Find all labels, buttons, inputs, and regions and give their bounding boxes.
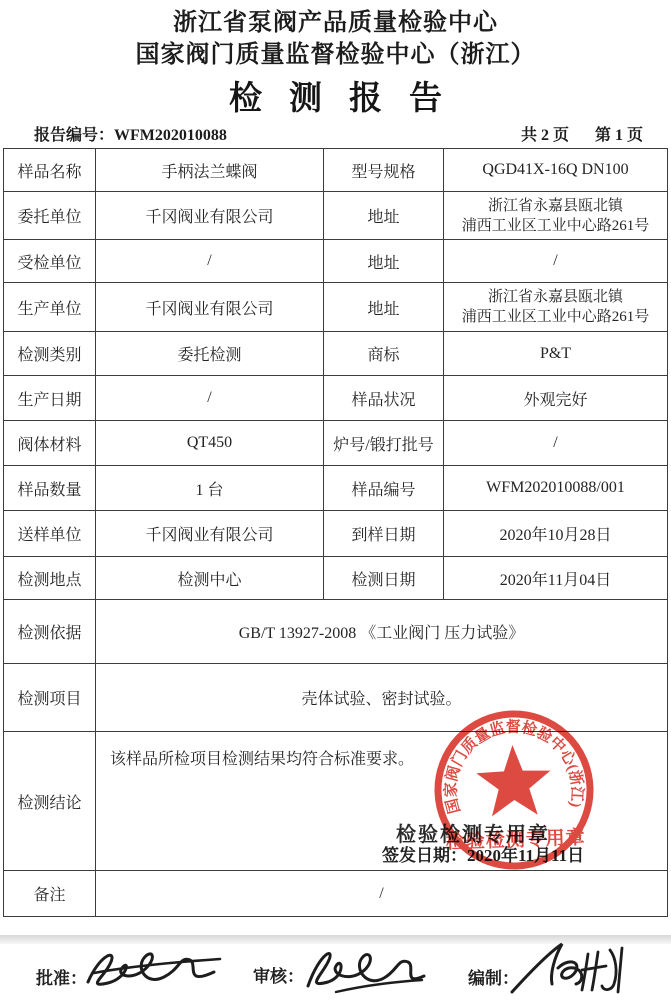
client-address-label: 地址: [324, 192, 444, 240]
sample-condition-label: 样品状况: [324, 376, 444, 421]
sample-number-value: WFM202010088/001: [444, 466, 668, 511]
report-number: 报告编号：WFM202010088: [34, 122, 227, 145]
table-row: 备注 /: [4, 871, 668, 917]
table-row: 受检单位 / 地址 /: [4, 240, 668, 283]
report-page: 浙江省泵阀产品质量检验中心 国家阀门质量监督检验中心（浙江） 检测报告 报告编号…: [0, 0, 671, 1000]
manufacturer-value: 千冈阀业有限公司: [96, 283, 324, 332]
conclusion-text: 该样品所检项目检测结果均符合标准要求。: [110, 746, 414, 769]
client-address-line1: 浙江省永嘉县瓯北镇: [448, 196, 663, 216]
manufacturer-address-line1: 浙江省永嘉县瓯北镇: [448, 287, 663, 307]
model-spec-value: QGD41X-16Q DN100: [444, 149, 668, 192]
sample-condition-value: 外观完好: [444, 376, 668, 421]
report-table: 样品名称 手柄法兰蝶阀 型号规格 QGD41X-16Q DN100 委托单位 千…: [3, 148, 668, 917]
inspected-address-value: /: [444, 240, 668, 283]
conclusion-cell: 该样品所检项目检测结果均符合标准要求。 检验检测专用章 签发日期：2020年11…: [96, 732, 668, 871]
client-address-value: 浙江省永嘉县瓯北镇 浦西工业区工业中心路261号: [444, 192, 668, 240]
arrival-date-value: 2020年10月28日: [444, 511, 668, 557]
trademark-label: 商标: [324, 332, 444, 376]
furnace-batch-value: /: [444, 421, 668, 466]
test-date-label: 检测日期: [324, 557, 444, 600]
table-row: 检测依据 GB/T 13927-2008 《工业阀门 压力试验》: [4, 600, 668, 664]
table-row: 样品数量 1 台 样品编号 WFM202010088/001: [4, 466, 668, 511]
report-number-value: WFM202010088: [114, 127, 227, 144]
sample-quantity-value: 1 台: [96, 466, 324, 511]
remark-label: 备注: [4, 871, 96, 917]
sample-quantity-label: 样品数量: [4, 466, 96, 511]
manufacturer-address-line2: 浦西工业区工业中心路261号: [448, 307, 663, 327]
table-row: 检测类别 委托检测 商标 P&T: [4, 332, 668, 376]
table-row: 送样单位 千冈阀业有限公司 到样日期 2020年10月28日: [4, 511, 668, 557]
pages-total: 共 2 页: [521, 127, 569, 144]
seal-star-icon: [475, 744, 552, 817]
trademark-value: P&T: [444, 332, 668, 376]
furnace-batch-label: 炉号/锻打批号: [324, 421, 444, 466]
model-spec-label: 型号规格: [324, 149, 444, 192]
page-indicator: 共 2 页 第 1 页: [499, 122, 643, 145]
test-basis-label: 检测依据: [4, 600, 96, 664]
center-title-line1: 浙江省泵阀产品质量检验中心: [0, 0, 671, 39]
client-unit-label: 委托单位: [4, 192, 96, 240]
delivery-unit-value: 千冈阀业有限公司: [96, 511, 324, 557]
conclusion-label: 检测结论: [4, 732, 96, 871]
page-current: 第 1 页: [595, 127, 643, 144]
approver-signature: [80, 942, 230, 1000]
production-date-value: /: [96, 376, 324, 421]
test-location-label: 检测地点: [4, 557, 96, 600]
test-category-label: 检测类别: [4, 332, 96, 376]
test-items-label: 检测项目: [4, 664, 96, 732]
body-material-value: QT450: [96, 421, 324, 466]
table-row: 检测地点 检测中心 检测日期 2020年11月04日: [4, 557, 668, 600]
sample-name-label: 样品名称: [4, 149, 96, 192]
manufacturer-address-value: 浙江省永嘉县瓯北镇 浦西工业区工业中心路261号: [444, 283, 668, 332]
report-number-label: 报告编号：: [34, 127, 114, 144]
sample-number-label: 样品编号: [324, 466, 444, 511]
client-address-line2: 浦西工业区工业中心路261号: [448, 216, 663, 236]
report-meta-line: 报告编号：WFM202010088 共 2 页 第 1 页: [0, 119, 671, 148]
test-location-value: 检测中心: [96, 557, 324, 600]
preparer-signature: [506, 940, 646, 1000]
delivery-unit-label: 送样单位: [4, 511, 96, 557]
table-row: 生产日期 / 样品状况 外观完好: [4, 376, 668, 421]
table-row: 样品名称 手柄法兰蝶阀 型号规格 QGD41X-16Q DN100: [4, 149, 668, 192]
signature-footer: 批准： 审核： 编制：: [0, 940, 671, 1000]
client-unit-value: 千冈阀业有限公司: [96, 192, 324, 240]
body-material-label: 阀体材料: [4, 421, 96, 466]
manufacturer-address-label: 地址: [324, 283, 444, 332]
official-seal-stamp: 国家阀门质量监督检验中心(浙江) 检验检测专用章: [425, 701, 603, 879]
test-date-value: 2020年11月04日: [444, 557, 668, 600]
seal-bottom-text: 检验检测专用章: [445, 826, 586, 854]
test-basis-value: GB/T 13927-2008 《工业阀门 压力试验》: [96, 600, 668, 664]
report-title: 检测报告: [0, 77, 671, 119]
arrival-date-label: 到样日期: [324, 511, 444, 557]
table-row: 检测结论 该样品所检项目检测结果均符合标准要求。 检验检测专用章 签发日期：20…: [4, 732, 668, 871]
remark-value: /: [96, 871, 668, 917]
center-title-line2: 国家阀门质量监督检验中心（浙江）: [0, 39, 671, 71]
manufacturer-label: 生产单位: [4, 283, 96, 332]
table-row: 委托单位 千冈阀业有限公司 地址 浙江省永嘉县瓯北镇 浦西工业区工业中心路261…: [4, 192, 668, 240]
production-date-label: 生产日期: [4, 376, 96, 421]
reviewer-signature: [296, 942, 431, 1000]
sample-name-value: 手柄法兰蝶阀: [96, 149, 324, 192]
inspected-unit-label: 受检单位: [4, 240, 96, 283]
inspected-unit-value: /: [96, 240, 324, 283]
test-category-value: 委托检测: [96, 332, 324, 376]
table-row: 阀体材料 QT450 炉号/锻打批号 /: [4, 421, 668, 466]
inspected-address-label: 地址: [324, 240, 444, 283]
table-row: 生产单位 千冈阀业有限公司 地址 浙江省永嘉县瓯北镇 浦西工业区工业中心路261…: [4, 283, 668, 332]
